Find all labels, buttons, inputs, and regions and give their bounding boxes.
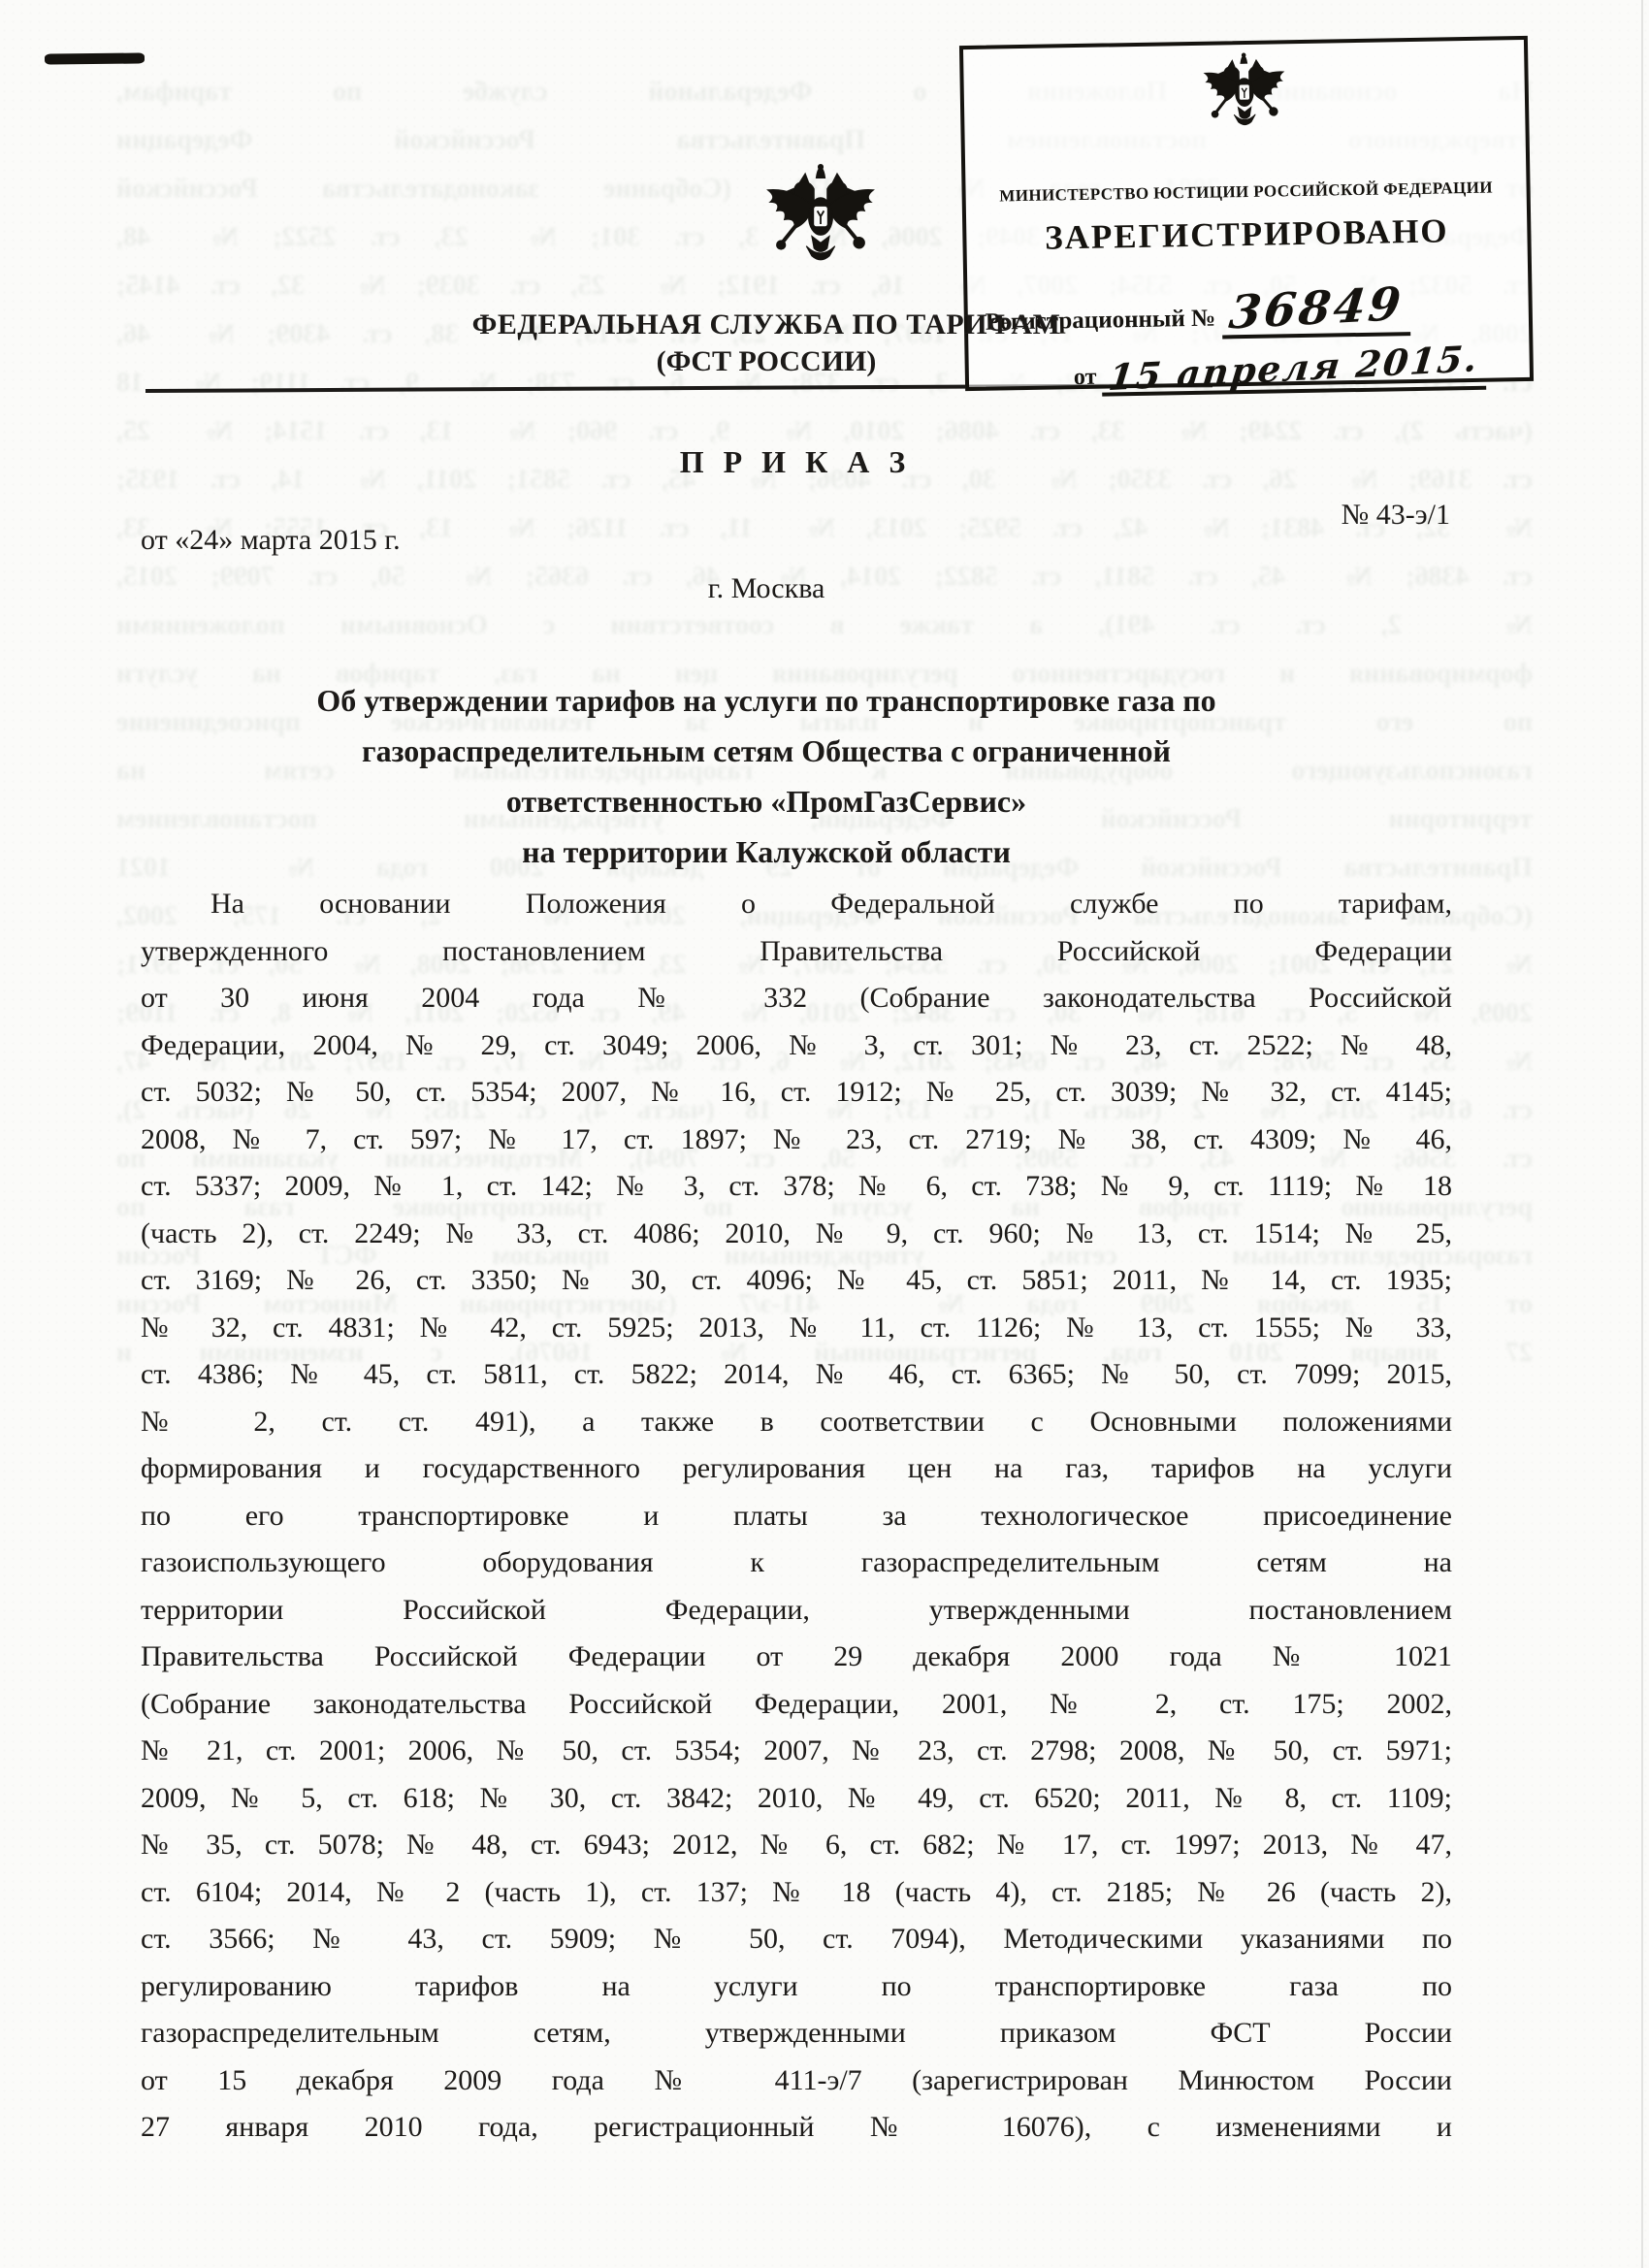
body-text-line: по его транспортировке и платы за технол… <box>141 1493 1452 1540</box>
agency-name: ФЕДЕРАЛЬНАЯ СЛУЖБА ПО ТАРИФАМ <box>141 308 1392 341</box>
order-number: № 43-э/1 <box>1342 499 1450 532</box>
body-text-line: 27 января 2010 года, регистрационный № 1… <box>141 2104 1452 2152</box>
stamp-eagle-icon <box>1194 51 1295 145</box>
agency-abbreviation: (ФСТ РОССИИ) <box>141 345 1392 378</box>
body-text-line: регулированию тарифов на услуги по транс… <box>141 1963 1452 2011</box>
order-body-paragraph: На основании Положения о Федеральной слу… <box>141 881 1452 2152</box>
scanned-order-page: На основании Положения о Федеральной слу… <box>0 0 1649 2268</box>
body-text-line: № 35, ст. 5078; № 48, ст. 6943; 2012, № … <box>141 1822 1452 1869</box>
scan-edge-artifact <box>1641 0 1643 2268</box>
body-text-line: ст. 3566; № 43, ст. 5909; № 50, ст. 7094… <box>141 1916 1452 1963</box>
body-text-line: № 2, ст. ст. 491), а также в соответстви… <box>141 1399 1452 1446</box>
body-text-line: 2009, № 5, ст. 618; № 30, ст. 3842; 2010… <box>141 1775 1452 1823</box>
scan-corner-mark <box>45 52 145 64</box>
body-text-line: (часть 2), ст. 2249; № 33, ст. 4086; 201… <box>141 1211 1452 1258</box>
body-text-line: № 32, ст. 4831; № 42, ст. 5925; 2013, № … <box>141 1305 1452 1352</box>
body-text-line: Федерации, 2004, № 29, ст. 3049; 2006, №… <box>141 1022 1452 1070</box>
order-date: от «24» марта 2015 г. <box>141 524 401 557</box>
body-text-line: утвержденного постановлением Правительст… <box>141 928 1452 976</box>
order-title: Об утверждении тарифов на услуги по тран… <box>194 675 1339 877</box>
issue-city: г. Москва <box>141 572 1392 605</box>
russia-coat-of-arms-emblem <box>755 155 887 293</box>
body-text-line: ст. 5032; № 50, ст. 5354; 2007, № 16, ст… <box>141 1069 1452 1117</box>
stamp-ministry-name: МИНИСТЕРСТВО ЮСТИЦИИ РОССИЙСКОЙ ФЕДЕРАЦИ… <box>965 178 1526 207</box>
body-text-line: 2008, № 7, ст. 597; № 17, ст. 1897; № 23… <box>141 1117 1452 1164</box>
document-type-heading: П Р И К А З <box>141 444 1450 480</box>
body-text-line: территории Российской Федерации, утвержд… <box>141 1587 1452 1635</box>
body-text-line: № 21, ст. 2001; 2006, № 50, ст. 5354; 20… <box>141 1728 1452 1775</box>
bleed-through-line: № 2, ст. ст. 491), а также в соответстви… <box>116 601 1533 650</box>
order-title-line: на территории Калужской области <box>194 826 1339 877</box>
body-text-line: от 15 декабря 2009 года № 411-э/7 (зарег… <box>141 2057 1452 2105</box>
body-text-line: ст. 6104; 2014, № 2 (часть 1), ст. 137; … <box>141 1869 1452 1917</box>
order-title-line: газораспределительным сетям Общества с о… <box>194 726 1339 776</box>
order-title-line: Об утверждении тарифов на услуги по тран… <box>194 675 1339 726</box>
body-text-line: Правительства Российской Федерации от 29… <box>141 1634 1452 1681</box>
order-title-line: ответственностью «ПромГазСервис» <box>194 776 1339 826</box>
body-text-line: (Собрание законодательства Российской Фе… <box>141 1681 1452 1729</box>
body-text-line: ст. 5337; 2009, № 1, ст. 142; № 3, ст. 3… <box>141 1163 1452 1211</box>
body-text-line: газоиспользующего оборудования к газорас… <box>141 1539 1452 1587</box>
body-text-line: газораспределительным сетям, утвержденны… <box>141 2010 1452 2057</box>
body-text-line: На основании Положения о Федеральной слу… <box>141 881 1452 928</box>
stamp-registered-label: ЗАРЕГИСТРИРОВАНО <box>966 211 1528 259</box>
body-text-line: ст. 4386; № 45, ст. 5811, ст. 5822; 2014… <box>141 1351 1452 1399</box>
body-text-line: формирования и государственного регулиро… <box>141 1445 1452 1493</box>
body-text-line: от 30 июня 2004 года № 332 (Собрание зак… <box>141 975 1452 1022</box>
body-text-line: ст. 3169; № 26, ст. 3350; № 30, ст. 4096… <box>141 1257 1452 1305</box>
